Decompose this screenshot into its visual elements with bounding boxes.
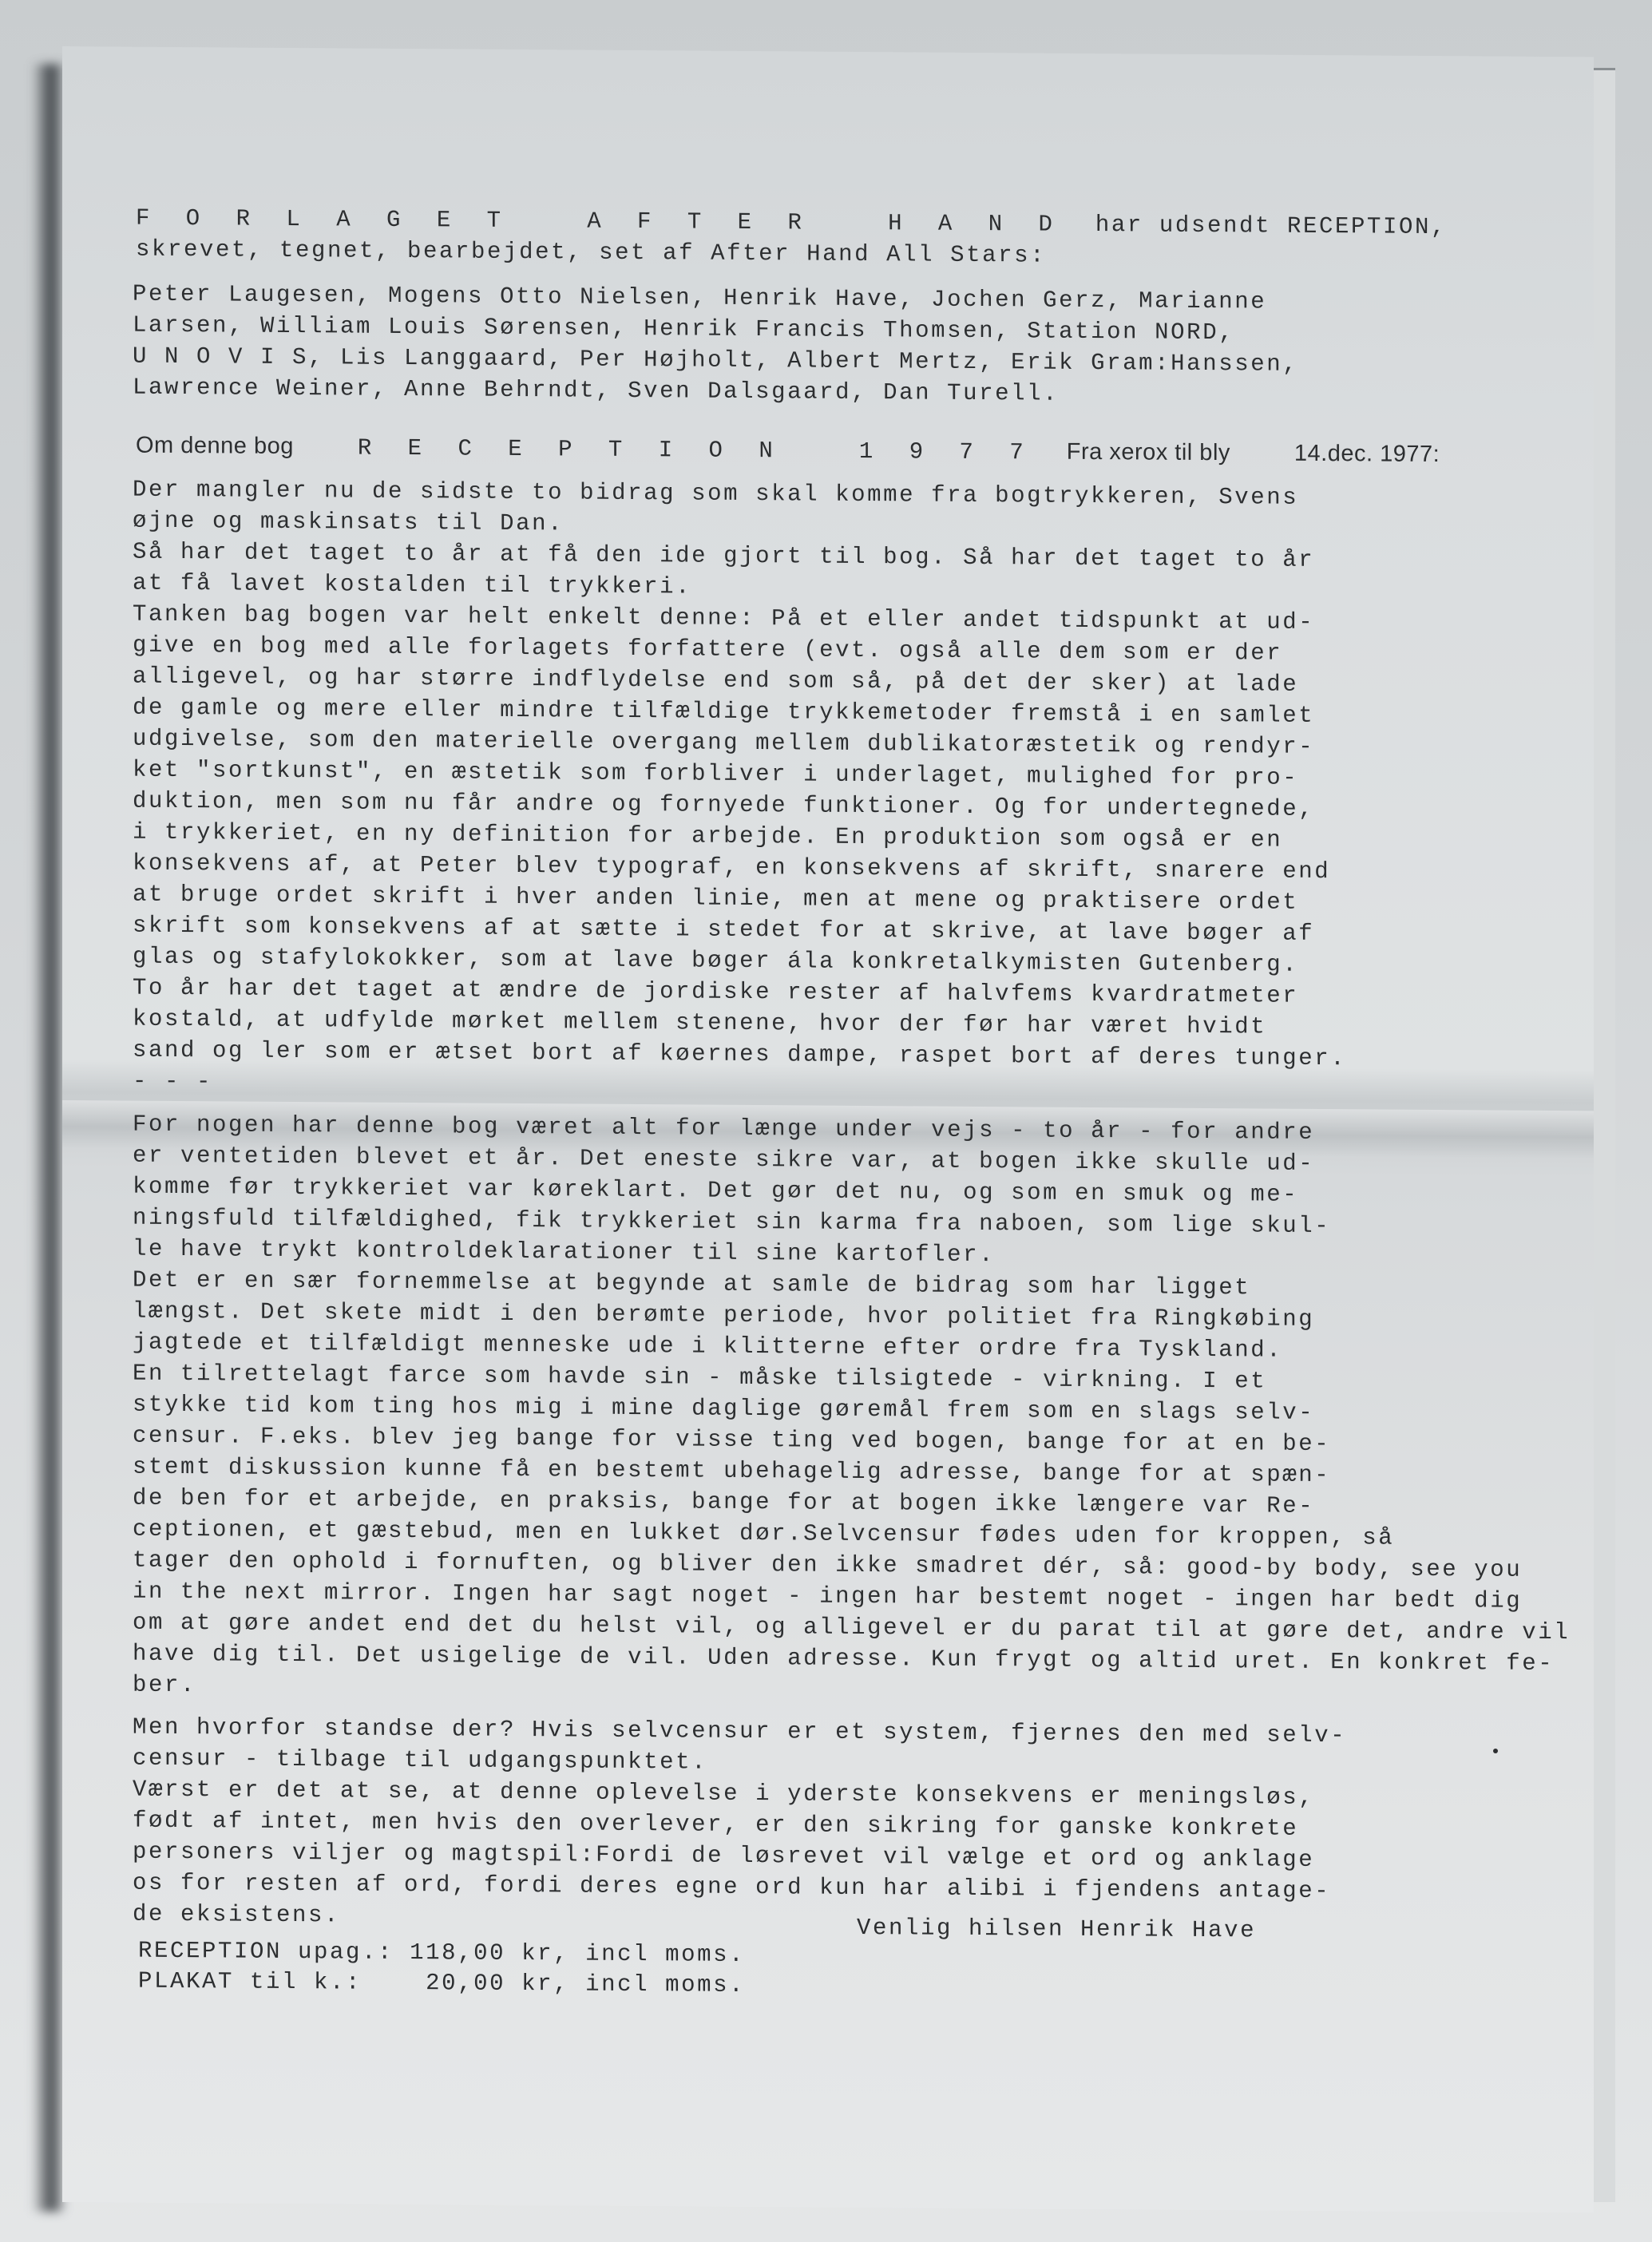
body-section-3: Men hvorfor standse der? Hvis selvcensur…: [133, 1712, 1346, 1939]
body-section-2: For nogen har denne bog været alt for læ…: [133, 1109, 1570, 1711]
price-line-reception: RECEPTION upag.: 118,00 kr, incl moms.: [138, 1935, 745, 1971]
book-subtitle: Fra xerox til bly: [1067, 439, 1230, 465]
contributors-list: Peter Laugesen, Mogens Otto Nielsen, Hen…: [133, 279, 1298, 411]
price-value: 20,00 kr, incl moms.: [410, 1970, 745, 1998]
letter-date: 14.dec. 1977:: [1294, 441, 1440, 467]
paper-shadow: [32, 64, 64, 2212]
price-value: 118,00 kr, incl moms.: [410, 1939, 745, 1968]
ink-speck: [1493, 1749, 1498, 1753]
publisher-name: F O R L A G E T A F T E R H A N D: [136, 205, 1064, 238]
header-subline: skrevet, tegnet, bearbejdet, set af Afte…: [136, 234, 1046, 271]
about-label: Om denne bog: [136, 433, 294, 459]
body-section-1: Der mangler nu de sidste to bidrag som s…: [133, 474, 1346, 1106]
signature: Venlig hilsen Henrik Have: [857, 1912, 1256, 1946]
title-line: Om denne bog R E C E P T I O N 1 9 7 7 F…: [136, 430, 1440, 471]
price-item: RECEPTION upag.:: [138, 1938, 394, 1966]
book-title: R E C E P T I O N 1 9 7 7: [358, 435, 1035, 466]
price-item: PLAKAT til k.:: [138, 1968, 362, 1996]
announcement: har udsendt RECEPTION,: [1095, 212, 1447, 240]
price-line-poster: PLAKAT til k.: 20,00 kr, incl moms.: [138, 1966, 745, 2001]
typed-letter-page: F O R L A G E T A F T E R H A N D har ud…: [62, 46, 1594, 2212]
